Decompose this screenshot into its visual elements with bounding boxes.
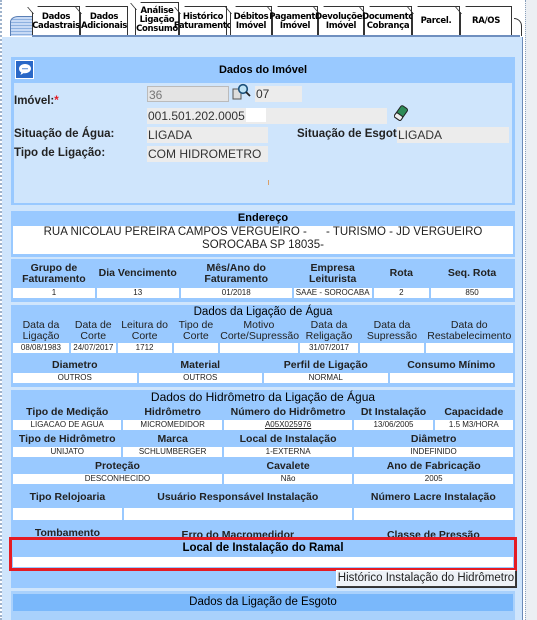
historico-instalacao-button[interactable]: Histórico Instalação do Hidrômetro [336, 570, 516, 587]
empresa-leiturista-value: SAAE - SOROCABA [294, 288, 372, 298]
seq-rota-value: 850 [431, 288, 513, 298]
col-marca: Marca [123, 433, 221, 446]
dia-vencimento-value: 13 [97, 288, 179, 298]
data-ligacao-value: 08/08/1983 [13, 343, 69, 353]
col-ano-fabricacao: Ano de Fabricação [354, 460, 513, 473]
endereco-title: Endereço [11, 211, 515, 226]
diametro-hidrometro-value: INDEFINIDO [354, 447, 513, 457]
imovel-body: Imóvel:* 36 07 001.501.202.0005 Situação… [14, 83, 512, 203]
col-dt-instalacao: Dt Instalação [354, 406, 432, 419]
tab-bar-right-cap [514, 18, 522, 36]
hidrometro-value: MICROMEDIDOR [123, 420, 221, 430]
tab-dados-cadastrais[interactable]: Dados Cadastrais [32, 6, 80, 36]
hidrometro-table-1: Tipo de Medição Hidrômetro Número do Hid… [11, 405, 515, 431]
diametro-value: OUTROS [13, 373, 137, 383]
marca-value: SCHLUMBERGER [123, 447, 221, 457]
imovel-label: Imóvel:* [14, 95, 59, 107]
perfil-ligacao-value: NORMAL [264, 373, 388, 383]
col-data-restabelecimento: Data do Restabelecimento [426, 320, 513, 342]
search-icon[interactable] [232, 83, 252, 101]
col-tipo-medicao: Tipo de Medição [13, 406, 121, 419]
chat-icon[interactable] [15, 60, 34, 79]
col-tipo-relojoaria: Tipo Relojoaria [13, 487, 122, 507]
hidrometro-table-2: Tipo de Hidrômetro Marca Local de Instal… [11, 432, 515, 458]
tab-debitos-imovel[interactable]: Débitos Imóvel [230, 6, 272, 36]
col-seq-rota: Seq. Rota [431, 260, 513, 287]
dt-instalacao-value: 13/06/2005 [354, 420, 432, 430]
situacao-esgoto-field: LIGADA [397, 127, 509, 143]
capacidade-value: 1.5 M3/HORA [435, 420, 513, 430]
faturamento-table: Grupo de Faturamento Dia Vencimento Mês/… [11, 259, 515, 299]
col-numero-lacre: Número Lacre Instalação [354, 487, 513, 507]
esgoto-panel: Dados da Ligação de Esgoto [11, 591, 515, 620]
tipo-corte-value [174, 343, 219, 353]
tab-dados-adicionais[interactable]: Dados Adicionais [80, 6, 128, 36]
col-usuario-responsavel: Usuário Responsável Instalação [124, 487, 352, 507]
cavalete-value: Não [224, 474, 353, 484]
col-dia-vencimento: Dia Vencimento [97, 260, 179, 287]
ano-fabricacao-value: 2005 [354, 474, 513, 484]
tipo-ligacao-label: Tipo de Ligação: [14, 147, 105, 159]
tipo-medicao-value: LIGACAO DE AGUA [13, 420, 121, 430]
situacao-agua-label: Situação de Água: [14, 128, 114, 140]
ligacao-agua-table-1: Data da Ligação Data de Corte Leitura do… [11, 319, 515, 354]
tab-parcelamento[interactable]: Parcel. [412, 6, 460, 36]
scrollbar[interactable] [525, 0, 537, 620]
col-consumo-minimo: Consumo Mínimo [390, 358, 514, 372]
data-corte-value: 24/07/2017 [71, 343, 116, 353]
imovel-digit-field: 07 [255, 86, 302, 102]
col-perfil-ligacao: Perfil de Ligação [264, 358, 388, 372]
main-content: Dados do Imóvel Imóvel:* 36 07 001.501.2… [2, 37, 523, 620]
situacao-agua-field: LIGADA [147, 127, 268, 143]
ligacao-agua-panel: Dados da Ligação de Água Data da Ligação… [11, 305, 515, 387]
col-material: Material [139, 358, 263, 372]
inscricao-field: 001.501.202.0005 [147, 108, 387, 124]
tab-ra-os[interactable]: RA/OS [460, 6, 512, 36]
usuario-responsavel-value [124, 508, 352, 520]
col-local-instalacao: Local de Instalação [224, 433, 353, 446]
tab-analise-ligacao-consumo[interactable]: Análise Ligação Consumo [135, 2, 179, 37]
col-rota: Rota [374, 260, 430, 287]
eraser-icon[interactable] [394, 105, 408, 121]
situacao-esgoto-label: Situação de Esgoto: [297, 128, 408, 140]
consumo-minimo-value [390, 373, 514, 383]
faturamento-panel: Grupo de Faturamento Dia Vencimento Mês/… [11, 259, 515, 302]
col-diametro: Diametro [13, 358, 137, 372]
col-diametro-hidrometro: Diâmetro [354, 433, 513, 446]
numero-hidrometro-link[interactable]: A05X025976 [224, 420, 353, 430]
col-data-religacao: Data da Religação [300, 320, 359, 342]
col-leitura-corte: Leitura do Corte [118, 320, 172, 342]
tipo-hidrometro-value: UNIJATO [13, 447, 121, 457]
leitura-corte-value: 1712 [118, 343, 172, 353]
col-numero-hidrometro: Número do Hidrômetro [224, 406, 353, 419]
col-data-corte: Data de Corte [71, 320, 116, 342]
highlight-box [9, 537, 517, 571]
col-motivo-corte: Motivo Corte/Supressão [220, 320, 297, 342]
hidrometro-table-4: Tipo Relojoaria Usuário Responsável Inst… [11, 486, 515, 521]
numero-lacre-value [354, 508, 513, 520]
col-tipo-hidrometro: Tipo de Hidrômetro [13, 433, 121, 446]
local-instalacao-value: 1-EXTERNA [224, 447, 353, 457]
hidrometro-title: Dados do Hidrômetro da Ligação de Água [11, 390, 515, 405]
tab-historico-faturamento[interactable]: Histórico Faturamento [179, 6, 227, 36]
col-data-supressao: Data da Supressão [360, 320, 423, 342]
imovel-panel: Dados do Imóvel Imóvel:* 36 07 001.501.2… [11, 57, 515, 205]
endereco-value: RUA NICOLAU PEREIRA CAMPOS VERGUEIRO - -… [13, 226, 513, 254]
tab-documento-cobranca[interactable]: Documento Cobrança [364, 6, 412, 36]
rota-value: 2 [374, 288, 430, 298]
col-mes-ano-faturamento: Mês/Ano do Faturamento [181, 260, 292, 287]
cursor-mark [268, 180, 269, 185]
endereco-panel: Endereço RUA NICOLAU PEREIRA CAMPOS VERG… [11, 211, 515, 257]
grupo-faturamento-value: 1 [13, 288, 95, 298]
mes-ano-faturamento-value: 01/2018 [181, 288, 292, 298]
col-protecao: Proteção [13, 460, 222, 473]
data-religacao-value: 31/07/2017 [300, 343, 359, 353]
col-tipo-corte: Tipo de Corte [174, 320, 219, 342]
tipo-relojoaria-value [13, 508, 122, 520]
hidrometro-table-3: Proteção Cavalete Ano de Fabricação DESC… [11, 459, 515, 485]
tab-pagamento-imovel[interactable]: Pagamento Imóvel [272, 6, 318, 36]
tipo-ligacao-field: COM HIDROMETRO [147, 146, 268, 162]
ligacao-agua-table-2: Diametro Material Perfil de Ligação Cons… [11, 357, 515, 384]
data-restabelecimento-value [426, 343, 513, 353]
tab-bar: Dados Cadastrais Dados Adicionais Anális… [4, 0, 524, 36]
imovel-title: Dados do Imóvel [11, 57, 515, 83]
col-data-ligacao: Data da Ligação [13, 320, 69, 342]
col-cavalete: Cavalete [224, 460, 353, 473]
material-value: OUTROS [139, 373, 263, 383]
imovel-id-input[interactable]: 36 [147, 86, 229, 102]
motivo-corte-value [220, 343, 297, 353]
col-capacidade: Capacidade [435, 406, 513, 419]
col-grupo-faturamento: Grupo de Faturamento [13, 260, 95, 287]
data-supressao-value [360, 343, 423, 353]
col-empresa-leiturista: Empresa Leiturista [294, 260, 372, 287]
protecao-value: DESCONHECIDO [13, 474, 222, 484]
tab-devolucoes-imovel[interactable]: Devoluções Imóvel [318, 6, 364, 36]
col-hidrometro: Hidrômetro [123, 406, 221, 419]
esgoto-title: Dados da Ligação de Esgoto [13, 594, 513, 611]
ligacao-agua-title: Dados da Ligação de Água [11, 305, 515, 319]
